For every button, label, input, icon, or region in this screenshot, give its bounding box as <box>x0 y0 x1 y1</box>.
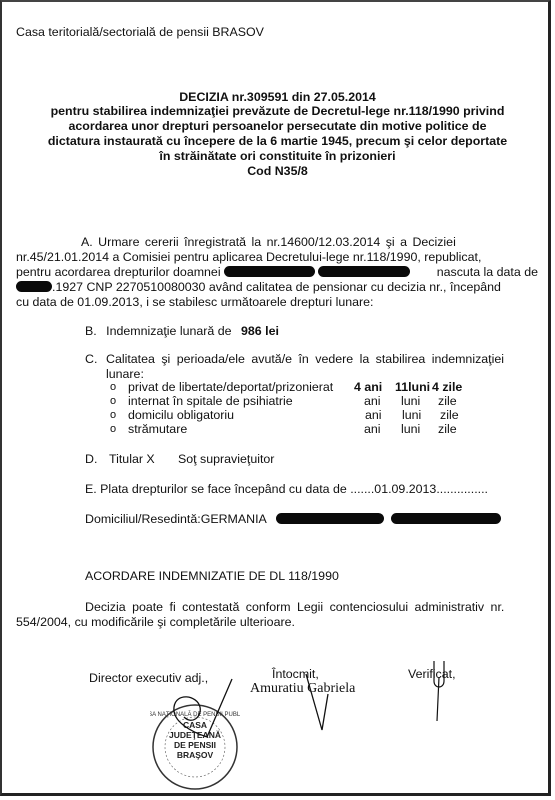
period-years: 4 ani <box>354 380 382 394</box>
section-a-line-3-pre: pentru acordarea drepturilor doamnei <box>16 265 221 279</box>
section-a-line-1: A. Urmare cererii înregistrată la nr.146… <box>81 235 456 249</box>
section-e-label: E. <box>85 482 97 496</box>
section-d-label: D. <box>85 452 97 466</box>
domicile: Domiciliul/Resedintă:GERMANIA <box>85 512 501 526</box>
period-days: 4 zile <box>432 380 462 394</box>
domicile-label: Domiciliul/Resedintă:GERMANIA <box>85 512 266 526</box>
decision-subtitle-4: în străinătate ori constituite în prizon… <box>2 149 553 163</box>
section-a-line-4-post: .1927 CNP 2270510080030 având calitatea … <box>52 280 501 294</box>
institution-header: Casa teritorială/sectorială de pensii BR… <box>16 25 264 39</box>
redacted-last-name <box>318 266 410 277</box>
prepared-signature-icon <box>302 672 342 742</box>
period-years: ani <box>364 394 381 408</box>
bullet-icon: o <box>110 381 116 393</box>
redacted-birth-date <box>16 281 52 292</box>
section-e-text: Plata drepturilor se face începând cu da… <box>100 482 488 496</box>
decision-subtitle-2: acordarea unor drepturi persoanelor pers… <box>2 119 553 133</box>
section-c-line-1: Calitatea şi perioada/ele avută/e în ved… <box>106 352 504 366</box>
period-months: luni <box>402 408 421 422</box>
section-a-line-5: cu data de 01.09.2013, i se stabilesc ur… <box>16 295 373 309</box>
bullet-icon: o <box>110 395 116 407</box>
period-label: domicilu obligatoriu <box>128 408 234 422</box>
section-a-line-3: pentru acordarea drepturilor doamnei nas… <box>16 265 538 279</box>
section-a-line-2: nr.45/21.01.2014 a Comisiei pentru aplic… <box>16 250 481 264</box>
section-e: E. Plata drepturilor se face începând cu… <box>85 482 488 496</box>
section-a-line-4: .1927 CNP 2270510080030 având calitatea … <box>16 280 501 294</box>
currency: lei <box>265 324 279 338</box>
section-a-line-3-post: nascuta la data de <box>437 265 538 279</box>
titular: Titular X <box>109 452 155 466</box>
bullet-icon: o <box>110 409 116 421</box>
decision-code: Cod N35/8 <box>2 164 553 178</box>
period-months: luni <box>401 394 420 408</box>
section-c-label: C. <box>85 352 97 366</box>
period-days: zile <box>438 394 457 408</box>
decision-subtitle-1: pentru stabilirea indemnizaţiei prevăzut… <box>2 104 553 118</box>
period-label: privat de libertate/deportat/prizonierat <box>128 380 333 394</box>
section-b-text: Indemnizaţie lunară de <box>106 324 231 338</box>
period-label: internat în spitale de psihiatrie <box>128 394 293 408</box>
redacted-address-2 <box>391 513 501 524</box>
contest-line-1: Decizia poate fi contestată conform Legi… <box>85 600 504 614</box>
verified-signature-icon <box>422 659 452 724</box>
section-b: B. Indemnizaţie lunară de 986 lei <box>85 324 279 338</box>
period-days: zile <box>440 408 459 422</box>
period-years: ani <box>365 408 382 422</box>
period-years: ani <box>364 422 381 436</box>
contest-line-2: 554/2004, cu modificările şi completăril… <box>16 615 295 629</box>
redacted-first-name <box>224 266 315 277</box>
period-label: strămutare <box>128 422 187 436</box>
period-months: luni <box>401 422 420 436</box>
decision-title: DECIZIA nr.309591 din 27.05.2014 <box>2 90 553 104</box>
acordare-heading: ACORDARE INDEMNIZATIE DE DL 118/1990 <box>85 569 339 583</box>
director-signature-icon <box>162 677 242 757</box>
section-c-line-2: lunare: <box>106 367 144 381</box>
monthly-amount: 986 <box>241 324 262 338</box>
period-months: 11luni <box>395 380 430 394</box>
redacted-address-1 <box>276 513 384 524</box>
section-b-label: B. <box>85 324 97 338</box>
period-days: zile <box>438 422 457 436</box>
document-page: Casa teritorială/sectorială de pensii BR… <box>0 0 551 796</box>
bullet-icon: o <box>110 423 116 435</box>
surviving-spouse: Soţ supravieţuitor <box>178 452 274 466</box>
decision-subtitle-3: dictatura instaurată cu începere de la 6… <box>2 134 553 148</box>
